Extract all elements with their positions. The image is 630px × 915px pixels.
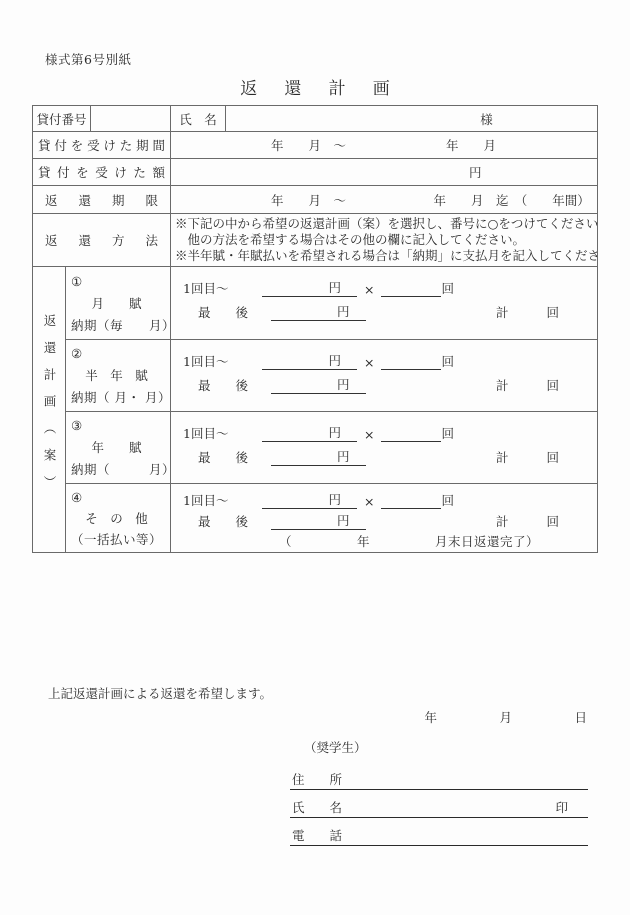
last-payment-label: 最 後 [198, 303, 248, 321]
loan-number-label: 貸付番号 [33, 106, 91, 132]
declaration-text: 上記返還計画による返還を希望します。 [48, 684, 272, 702]
option-1-name: 月 賦 [71, 293, 168, 315]
total-label: 計 [496, 512, 509, 530]
multiply-sign: × [364, 427, 374, 442]
signature-block: 住 所 氏 名 印 電 話 [290, 762, 588, 846]
option-1-entry-cell: 1回目～ 円×回 最 後 円 計回 [171, 267, 598, 340]
total-unit: 回 [547, 512, 560, 530]
kai-unit: 回 [441, 424, 454, 442]
option-3-entry-cell: 1回目～ 円×回 最 後 円 計回 [171, 412, 598, 484]
option-1-number: ① [71, 271, 168, 293]
yen-unit: 円 [337, 447, 350, 466]
option-3-name: 年 賦 [71, 437, 168, 459]
amount-blank [271, 452, 337, 466]
table-row-option-semiannual: ② 半 年 賦 納期（ 月・ 月） 1回目～ 円×回 最 後 円 計回 [33, 340, 598, 412]
table-row-option-monthly: 返還計画（案） ① 月 賦 納期（毎 月） 1回目～ 円×回 最 後 [33, 267, 598, 340]
option-4-label-cell: ④ そ の 他 （一括払い等） [66, 484, 171, 553]
option-3-period: 納期（ 月） [71, 459, 168, 481]
last-payment-label: 最 後 [198, 448, 248, 466]
option-1-period: 納期（毎 月） [71, 315, 168, 337]
completion-date-line: （ 年 月末日返還完了） [279, 532, 539, 550]
yen-unit: 円 [337, 302, 350, 321]
name-row: 氏 名 印 [290, 790, 588, 818]
date-line: 年 月 日 [32, 708, 597, 726]
multiply-sign: × [364, 355, 374, 370]
table-row-method: 返還方法 ※下記の中から希望の返還計画（案）を選択し、番号に○をつけてください。… [33, 214, 598, 267]
amount-blank [271, 516, 337, 530]
repayment-plan-table: 貸付番号 氏 名 様 貸付を受けた期間 年 月 ～ 年 月 貸付を受けた額 円 … [32, 105, 598, 553]
loan-amount-label: 貸付を受けた額 [33, 159, 171, 186]
multiply-sign: × [364, 282, 374, 297]
total-unit: 回 [547, 376, 560, 394]
address-label: 住 所 [292, 770, 342, 788]
kai-unit: 回 [441, 279, 454, 297]
total-label: 計 [496, 303, 509, 321]
loan-period-field: 年 月 ～ 年 月 [171, 132, 598, 159]
table-row-header: 貸付番号 氏 名 様 [33, 106, 598, 132]
option-2-label-cell: ② 半 年 賦 納期（ 月・ 月） [66, 340, 171, 412]
option-2-entry-cell: 1回目～ 円×回 最 後 円 計回 [171, 340, 598, 412]
amount-blank [262, 428, 328, 442]
yen-unit: 円 [328, 423, 341, 442]
amount-blank [262, 283, 328, 297]
deadline-field: 年 月 ～ 年 月 迄 （ 年間） [171, 186, 598, 214]
option-4-number: ④ [71, 487, 168, 508]
table-row-loan-period: 貸付を受けた期間 年 月 ～ 年 月 [33, 132, 598, 159]
address-row: 住 所 [290, 762, 588, 790]
amount-blank [262, 495, 328, 509]
method-note-2: 他の方法を希望する場合はその他の欄に記入してください。 [175, 232, 593, 248]
total-unit: 回 [547, 448, 560, 466]
multiply-sign: × [364, 494, 374, 509]
yen-unit: 円 [328, 351, 341, 370]
loan-number-field [91, 106, 171, 132]
seal-mark: 印 [555, 798, 568, 816]
option-1-label-cell: ① 月 賦 納期（毎 月） [66, 267, 171, 340]
name-field: 様 [226, 106, 598, 132]
count-blank [381, 495, 441, 509]
form-id: 様式第6号別紙 [45, 50, 131, 68]
repayment-plan-form: 様式第6号別紙 返還計画 貸付番号 氏 名 様 貸付を受けた期間 年 月 ～ 年… [0, 0, 630, 915]
yen-unit: 円 [337, 511, 350, 530]
yen-unit: 円 [328, 490, 341, 509]
loan-period-label: 貸付を受けた期間 [33, 132, 171, 159]
table-row-option-annual: ③ 年 賦 納期（ 月） 1回目～ 円×回 最 後 円 計回 [33, 412, 598, 484]
page-title: 返還計画 [0, 74, 630, 99]
option-2-name: 半 年 賦 [71, 365, 168, 387]
amount-blank [271, 380, 337, 394]
first-payment-label: 1回目～ [183, 424, 228, 442]
signature-name-label: 氏 名 [292, 798, 342, 816]
phone-row: 電 話 [290, 818, 588, 846]
first-payment-label: 1回目～ [183, 279, 228, 297]
kai-unit: 回 [441, 352, 454, 370]
total-label: 計 [496, 376, 509, 394]
count-blank [381, 283, 441, 297]
kai-unit: 回 [441, 491, 454, 509]
deadline-label: 返還期限 [33, 186, 171, 214]
count-blank [381, 428, 441, 442]
first-payment-label: 1回目～ [183, 352, 228, 370]
name-label: 氏 名 [171, 106, 226, 132]
first-payment-label: 1回目～ [183, 491, 228, 509]
amount-blank [262, 356, 328, 370]
plan-vertical-label-cell: 返還計画（案） [33, 267, 66, 553]
last-payment-label: 最 後 [198, 512, 248, 530]
option-4-entry-cell: 1回目～ 円×回 最 後 円 計回 （ 年 月末日返還完了） [171, 484, 598, 553]
loan-amount-field: 円 [171, 159, 598, 186]
table-row-loan-amount: 貸付を受けた額 円 [33, 159, 598, 186]
option-2-number: ② [71, 343, 168, 365]
option-3-label-cell: ③ 年 賦 納期（ 月） [66, 412, 171, 484]
phone-label: 電 話 [292, 826, 342, 844]
option-3-number: ③ [71, 415, 168, 437]
student-label: （奨学生） [304, 738, 367, 756]
amount-blank [271, 307, 337, 321]
table-row-deadline: 返還期限 年 月 ～ 年 月 迄 （ 年間） [33, 186, 598, 214]
total-unit: 回 [547, 303, 560, 321]
plan-vertical-label: 返還計画（案） [40, 314, 58, 502]
count-blank [381, 356, 441, 370]
last-payment-label: 最 後 [198, 376, 248, 394]
option-2-period: 納期（ 月・ 月） [71, 387, 168, 409]
table-row-option-other: ④ そ の 他 （一括払い等） 1回目～ 円×回 最 後 円 計回 [33, 484, 598, 553]
method-label: 返還方法 [33, 214, 171, 267]
method-note-3: ※半年賦・年賦払いを希望される場合は「納期」に支払月を記入してください。 [175, 248, 593, 264]
option-4-period: （一括払い等） [71, 529, 168, 550]
total-label: 計 [496, 448, 509, 466]
method-note-1: ※下記の中から希望の返還計画（案）を選択し、番号に○をつけてください。 [175, 216, 593, 232]
yen-unit: 円 [337, 375, 350, 394]
option-4-name: そ の 他 [71, 508, 168, 529]
yen-unit: 円 [328, 278, 341, 297]
method-notes: ※下記の中から希望の返還計画（案）を選択し、番号に○をつけてください。 他の方法… [171, 214, 598, 267]
